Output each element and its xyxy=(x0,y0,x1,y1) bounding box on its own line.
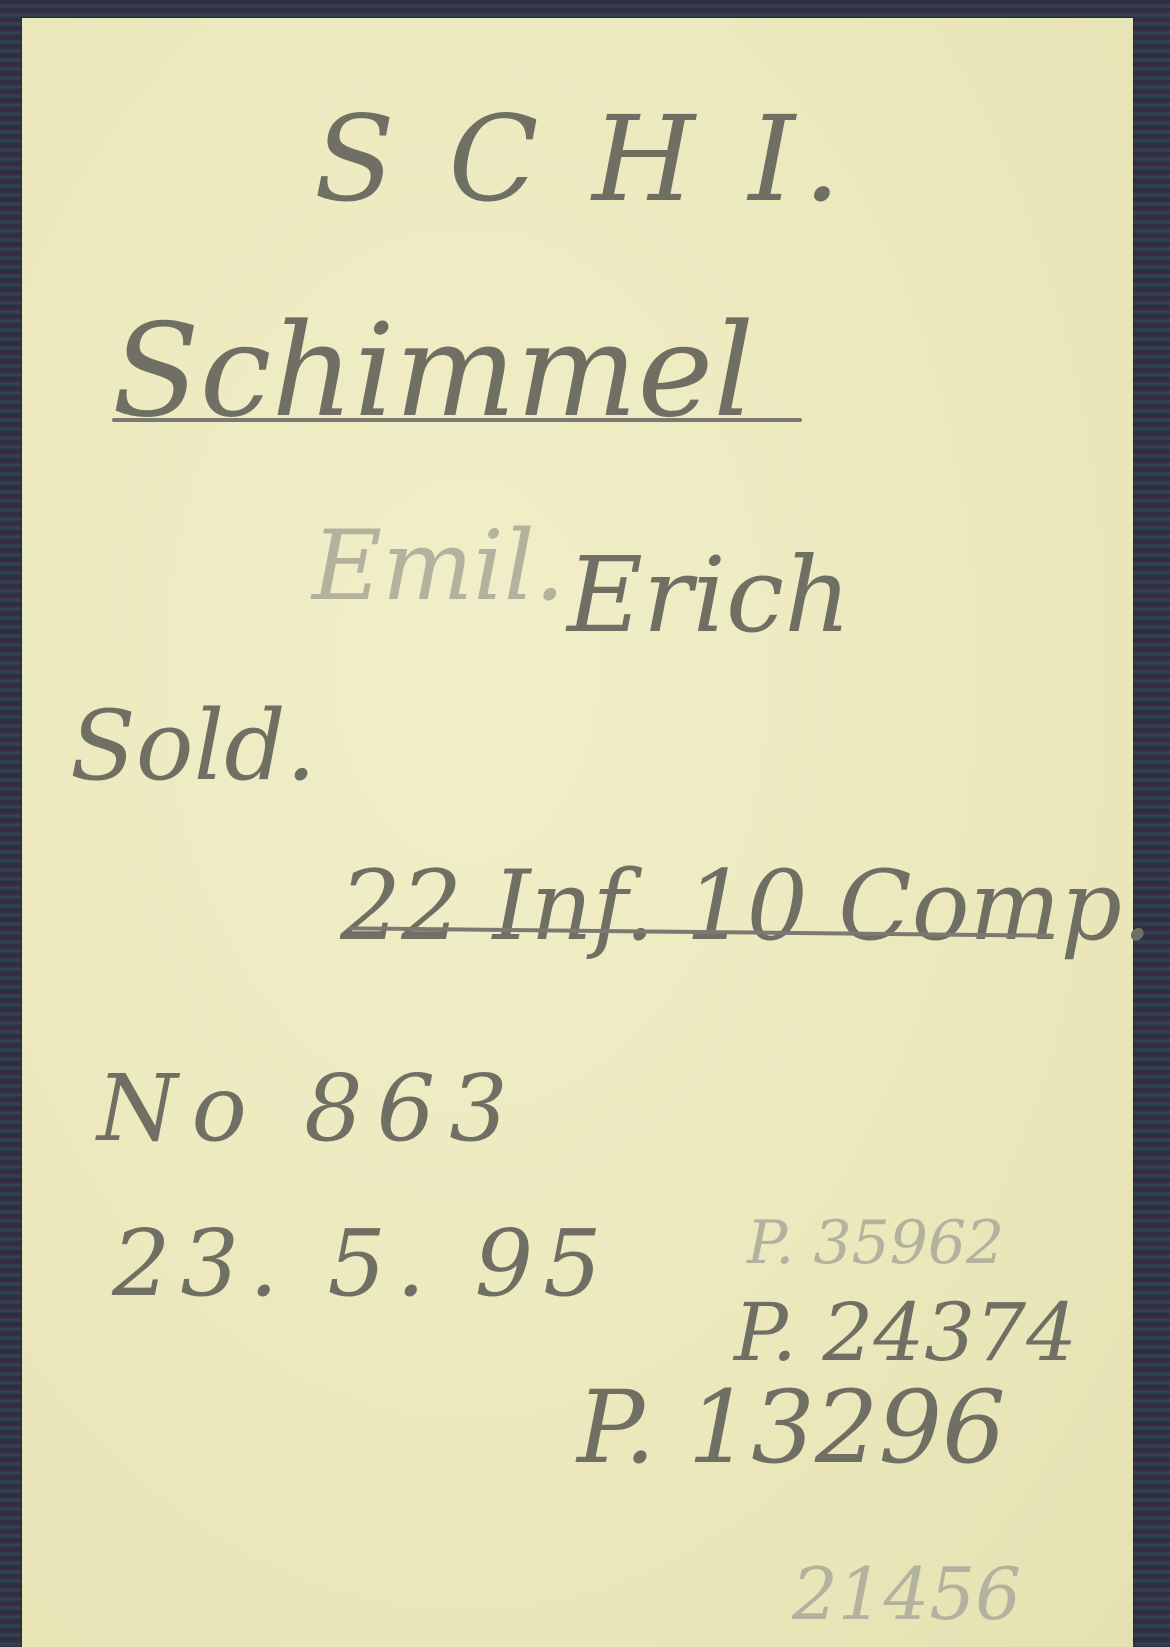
reference-4: 21456 xyxy=(792,1558,1021,1630)
unit: 22 Inf. 10 Comp. xyxy=(340,858,1152,954)
reference-1: P. 35962 xyxy=(747,1213,1004,1273)
reference-3: P. 13296 xyxy=(577,1378,1006,1478)
record-number: No 863 xyxy=(97,1063,522,1155)
date: 23. 5. 95 xyxy=(112,1218,612,1310)
index-card: S C H I. Schimmel Emil. Erich Sold. 22 I… xyxy=(22,18,1133,1647)
surname-underline xyxy=(112,418,802,422)
rank-label: Sold. xyxy=(70,698,316,794)
reference-2: P. 24374 xyxy=(734,1293,1077,1373)
header-abbreviation: S C H I. xyxy=(314,100,849,218)
surname: Schimmel xyxy=(112,308,754,436)
given-name: Erich xyxy=(567,543,851,647)
given-name-faint: Emil. xyxy=(312,518,565,614)
